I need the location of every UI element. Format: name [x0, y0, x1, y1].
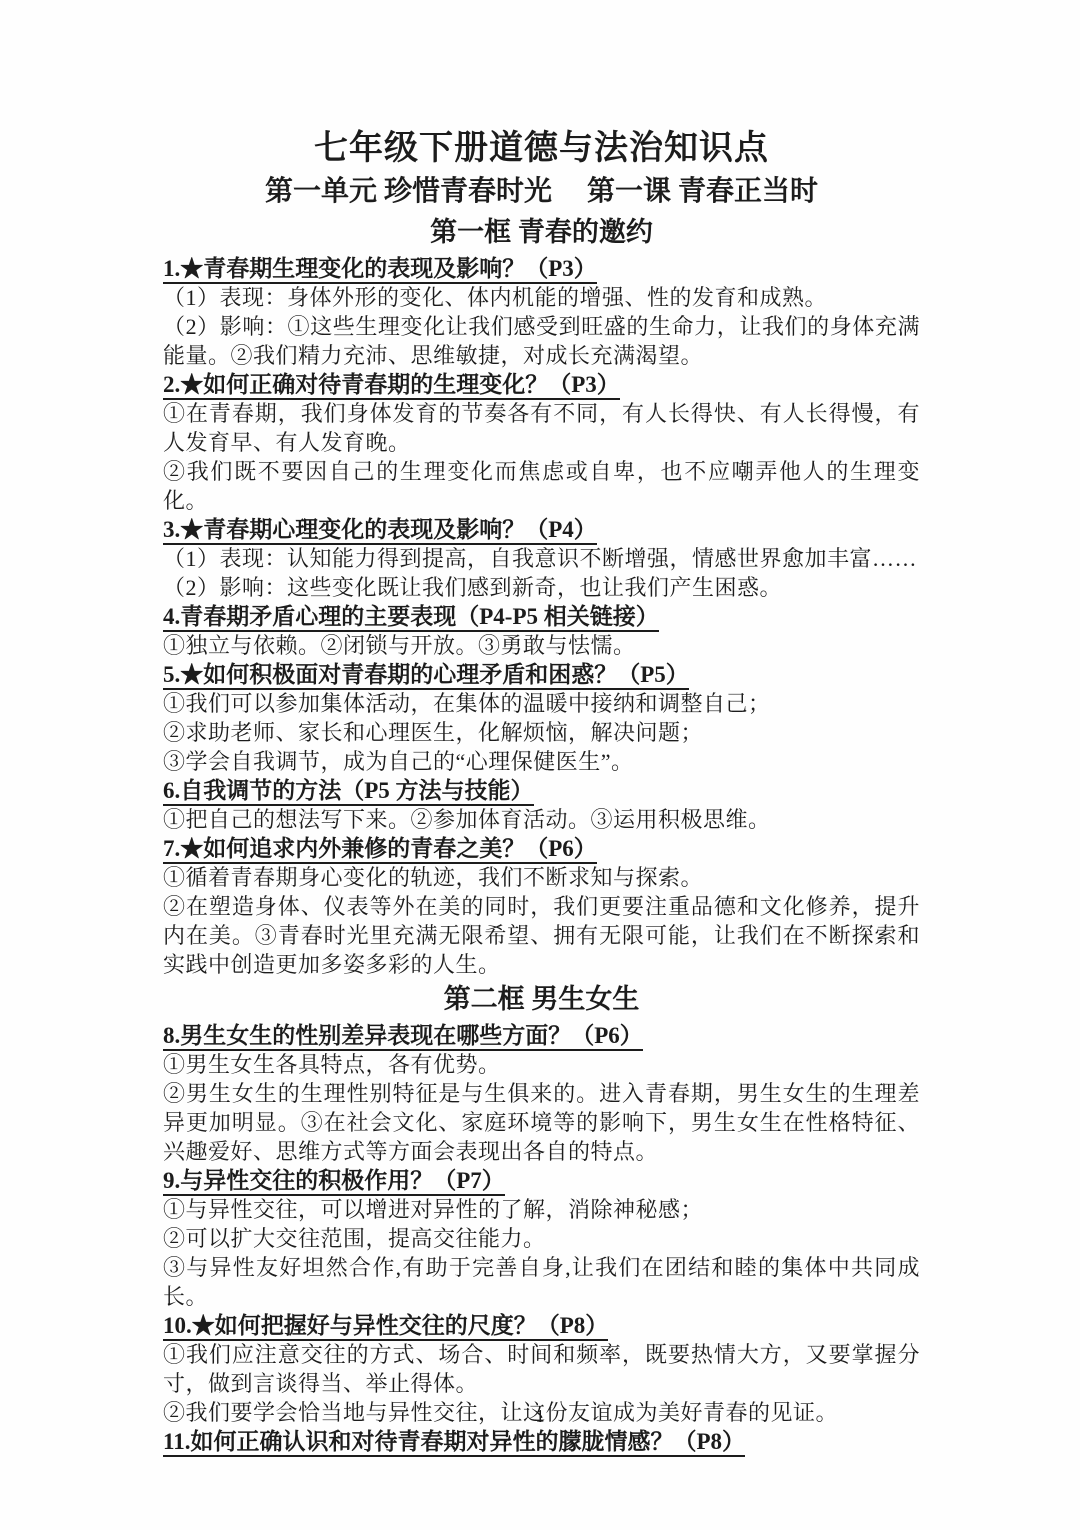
answer-paragraph: ①我们可以参加集体活动，在集体的温暖中接纳和调整自己； [163, 689, 920, 718]
question-heading-label: 8.男生女生的性别差异表现在哪些方面？（P6） [163, 1023, 643, 1051]
answer-paragraph: ②男生女生的生理性别特征是与生俱来的。进入青春期，男生女生的生理差异更加明显。③… [163, 1079, 920, 1166]
answer-paragraph: ①我们应注意交往的方式、场合、时间和频率，既要热情大方，又要掌握分寸，做到言谈得… [163, 1340, 920, 1398]
answer-paragraph: （1）表现：身体外形的变化、体内机能的增强、性的发育和成熟。 [163, 283, 920, 312]
question-heading: 10.★如何把握好与异性交往的尺度？（P8） [163, 1311, 920, 1340]
question-heading: 11.如何正确认识和对待青春期对异性的朦胧情感？（P8） [163, 1427, 920, 1456]
unit-lesson-subtitle: 第一单元 珍惜青春时光 第一课 青春正当时 [163, 172, 920, 212]
question-heading-label: 11.如何正确认识和对待青春期对异性的朦胧情感？（P8） [163, 1429, 745, 1457]
answer-paragraph: ②我们既不要因自己的生理变化而焦虑或自卑，也不应嘲弄他人的生理变化。 [163, 457, 920, 515]
question-heading-label: 2.★如何正确对待青春期的生理变化？（P3） [163, 372, 620, 400]
answer-paragraph: （2）影响：①这些生理变化让我们感受到旺盛的生命力，让我们的身体充满能量。②我们… [163, 312, 920, 370]
answer-paragraph: ①循着青春期身心变化的轨迹，我们不断求知与探索。 [163, 863, 920, 892]
page-title: 七年级下册道德与法治知识点 [163, 126, 920, 172]
question-heading: 8.男生女生的性别差异表现在哪些方面？（P6） [163, 1021, 920, 1050]
answer-paragraph: （1）表现：认知能力得到提高，自我意识不断增强，情感世界愈加丰富…… [163, 544, 920, 573]
question-heading-label: 5.★如何积极面对青春期的心理矛盾和困惑？（P5） [163, 662, 689, 690]
answer-paragraph: ②可以扩大交往范围，提高交往能力。 [163, 1224, 920, 1253]
answer-paragraph: ①把自己的想法写下来。②参加体育活动。③运用积极思维。 [163, 805, 920, 834]
document-page: 七年级下册道德与法治知识点 第一单元 珍惜青春时光 第一课 青春正当时 第一框 … [0, 0, 1080, 1530]
frame-heading: 第二框 男生女生 [163, 981, 920, 1018]
question-heading-label: 9.与异性交往的积极作用？（P7） [163, 1168, 505, 1196]
question-heading: 1.★青春期生理变化的表现及影响？（P3） [163, 254, 920, 283]
question-heading: 4.青春期矛盾心理的主要表现（P4-P5 相关链接） [163, 602, 920, 631]
answer-paragraph: ②在塑造身体、仪表等外在美的同时，我们更要注重品德和文化修养，提升内在美。③青春… [163, 892, 920, 979]
answer-paragraph: ③与异性友好坦然合作,有助于完善自身,让我们在团结和睦的集体中共同成长。 [163, 1253, 920, 1311]
question-heading: 5.★如何积极面对青春期的心理矛盾和困惑？（P5） [163, 660, 920, 689]
page-number: 1 [0, 1406, 1080, 1426]
answer-paragraph: ③学会自我调节，成为自己的“心理保健医生”。 [163, 747, 920, 776]
question-heading: 9.与异性交往的积极作用？（P7） [163, 1166, 920, 1195]
frame-heading: 第一框 青春的邀约 [163, 214, 920, 251]
answer-paragraph: ①与异性交往，可以增进对异性的了解，消除神秘感； [163, 1195, 920, 1224]
answer-paragraph: ①独立与依赖。②闭锁与开放。③勇敢与怯懦。 [163, 631, 920, 660]
answer-paragraph: （2）影响：这些变化既让我们感到新奇，也让我们产生困惑。 [163, 573, 920, 602]
question-heading-label: 1.★青春期生理变化的表现及影响？（P3） [163, 256, 597, 284]
answer-paragraph: ①在青春期，我们身体发育的节奏各有不同，有人长得快、有人长得慢，有人发育早、有人… [163, 399, 920, 457]
question-heading-label: 4.青春期矛盾心理的主要表现（P4-P5 相关链接） [163, 604, 659, 632]
question-heading: 2.★如何正确对待青春期的生理变化？（P3） [163, 370, 920, 399]
question-heading-label: 6.自我调节的方法（P5 方法与技能） [163, 778, 534, 806]
question-heading: 6.自我调节的方法（P5 方法与技能） [163, 776, 920, 805]
question-heading-label: 7.★如何追求内外兼修的青春之美？（P6） [163, 836, 597, 864]
question-heading-label: 3.★青春期心理变化的表现及影响？（P4） [163, 517, 597, 545]
document-body: 第一框 青春的邀约1.★青春期生理变化的表现及影响？（P3）（1）表现：身体外形… [163, 214, 920, 1456]
answer-paragraph: ①男生女生各具特点，各有优势。 [163, 1050, 920, 1079]
question-heading: 7.★如何追求内外兼修的青春之美？（P6） [163, 834, 920, 863]
answer-paragraph: ②求助老师、家长和心理医生，化解烦恼，解决问题； [163, 718, 920, 747]
question-heading: 3.★青春期心理变化的表现及影响？（P4） [163, 515, 920, 544]
question-heading-label: 10.★如何把握好与异性交往的尺度？（P8） [163, 1313, 608, 1341]
